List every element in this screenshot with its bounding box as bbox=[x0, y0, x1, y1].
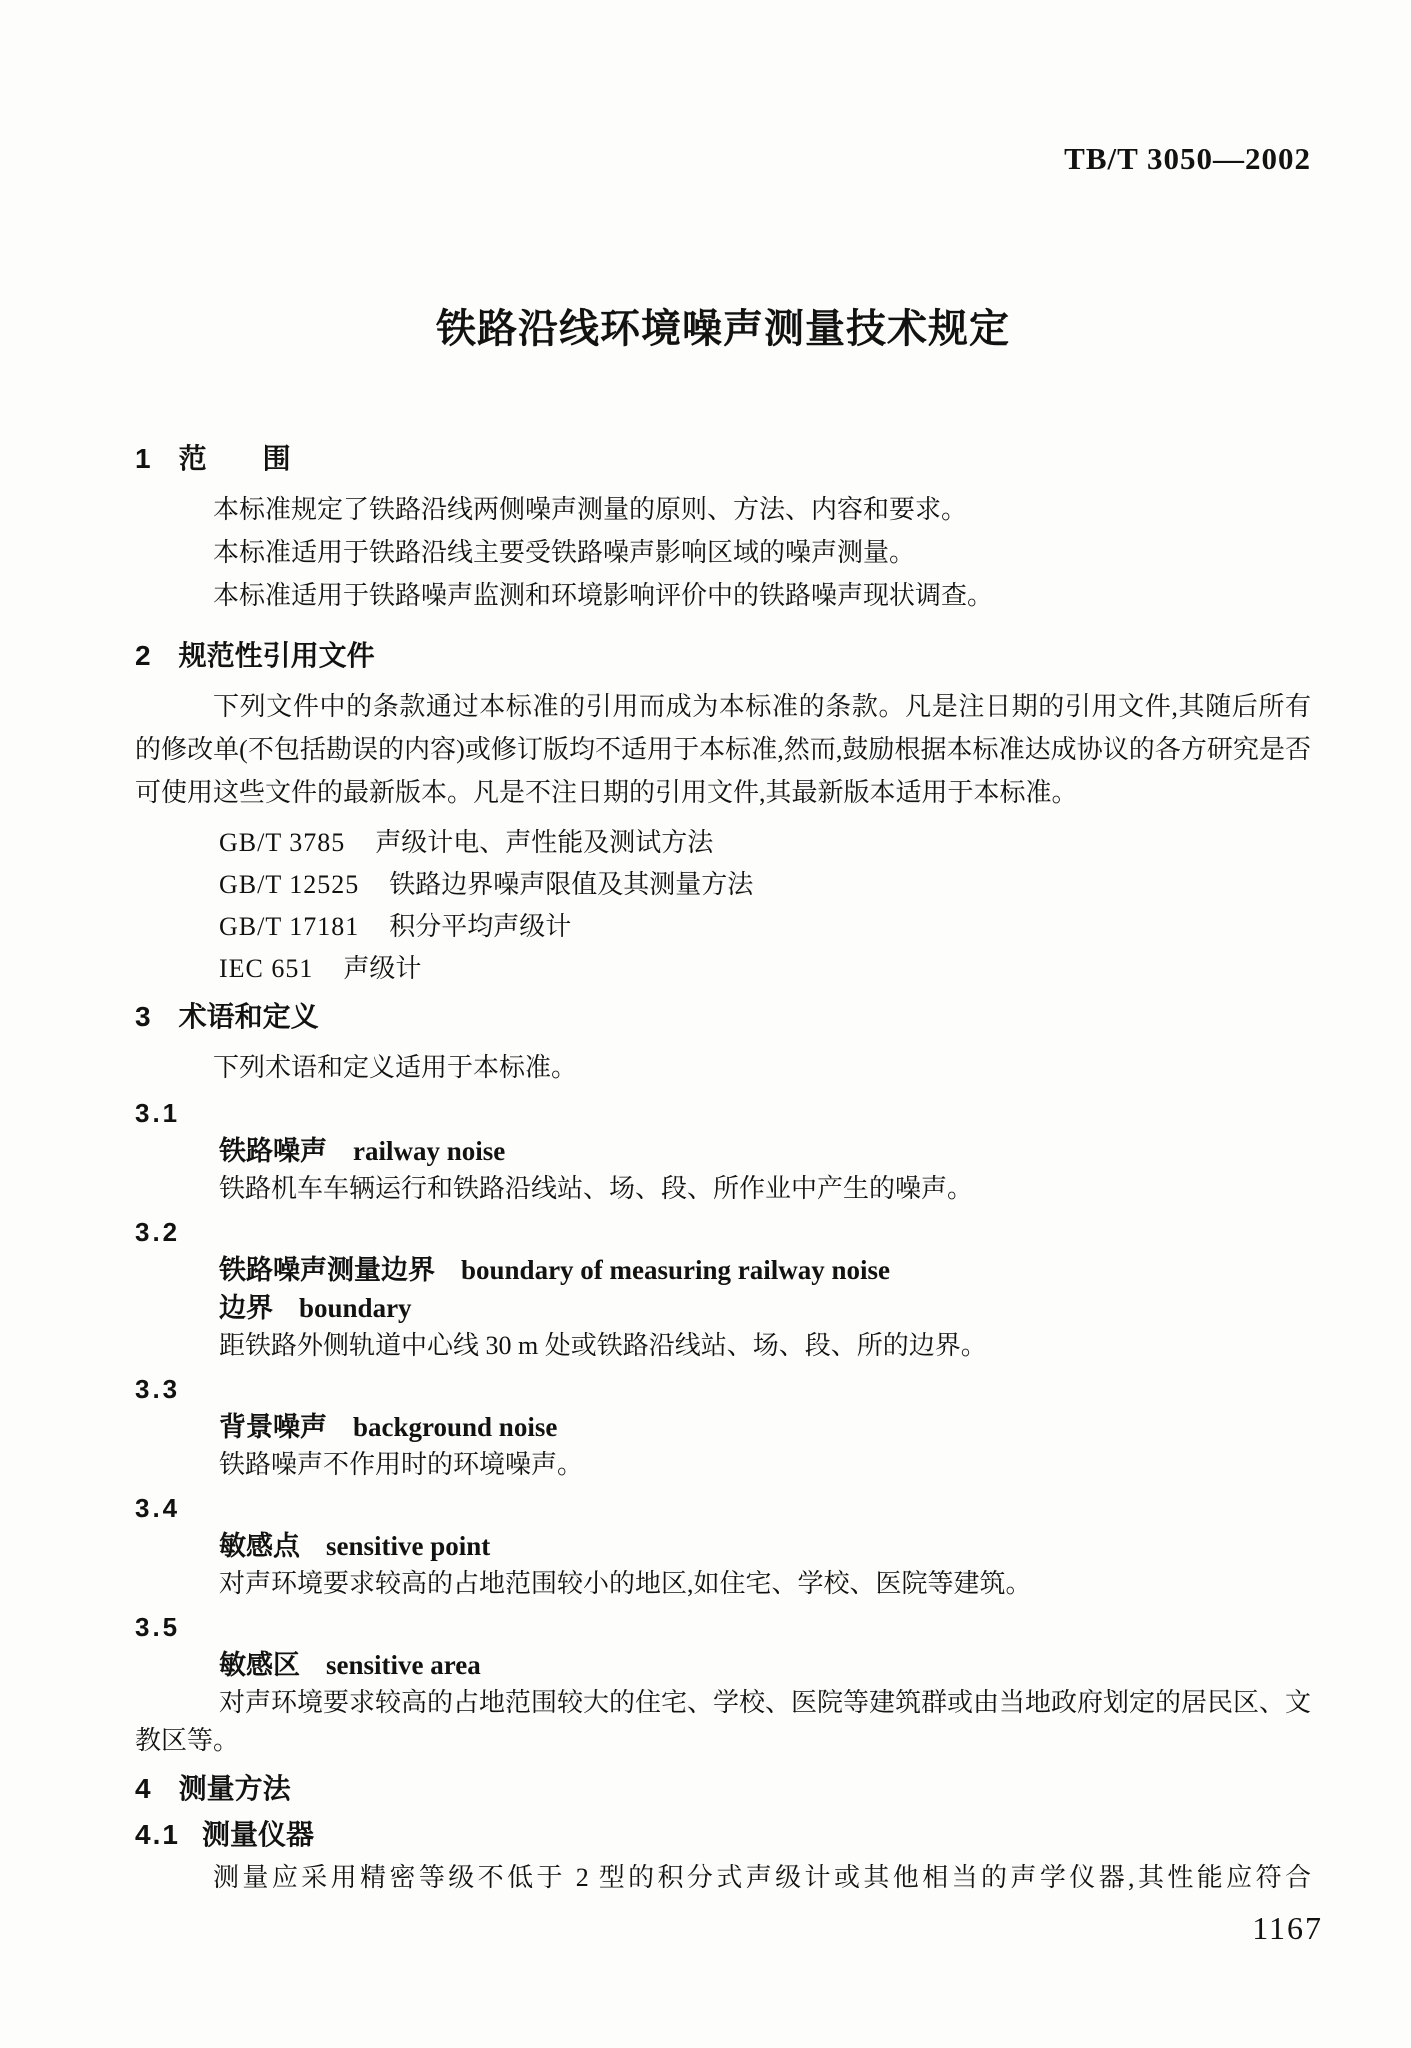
reference-list: GB/T 3785声级计电、声性能及测试方法 GB/T 12525铁路边界噪声限… bbox=[135, 822, 1311, 990]
scope-paragraph: 本标准适用于铁路沿线主要受铁路噪声影响区域的噪声测量。 bbox=[135, 531, 1311, 574]
references-heading-label: 规范性引用文件 bbox=[179, 640, 375, 671]
term-en: background noise bbox=[353, 1412, 557, 1442]
scope-paragraph: 本标准规定了铁路沿线两侧噪声测量的原则、方法、内容和要求。 bbox=[135, 488, 1311, 531]
term-definition: 铁路噪声不作用时的环境噪声。 bbox=[135, 1446, 1311, 1484]
terms-heading-label: 术语和定义 bbox=[179, 1001, 319, 1032]
term-number: 3.4 bbox=[135, 1489, 1311, 1527]
reference-code: GB/T 17181 bbox=[219, 912, 359, 941]
term-number: 3.2 bbox=[135, 1213, 1311, 1251]
term-definition: 铁路机车车辆运行和铁路沿线站、场、段、所作业中产生的噪声。 bbox=[135, 1170, 1311, 1208]
term-definition: 对声环境要求较高的占地范围较小的地区,如住宅、学校、医院等建筑。 bbox=[135, 1565, 1311, 1603]
method-heading-label: 测量方法 bbox=[179, 1773, 291, 1804]
term-block-3-4: 3.4 敏感点sensitive point 对声环境要求较高的占地范围较小的地… bbox=[135, 1489, 1311, 1603]
term-block-3-2: 3.2 铁路噪声测量边界boundary of measuring railwa… bbox=[135, 1213, 1311, 1365]
section-normative-references: 2规范性引用文件 下列文件中的条款通过本标准的引用而成为本标准的条款。凡是注日期… bbox=[135, 639, 1311, 990]
section-scope: 1范 围 本标准规定了铁路沿线两侧噪声测量的原则、方法、内容和要求。 本标准适用… bbox=[135, 442, 1311, 617]
method-paragraph: 测量应采用精密等级不低于 2 型的积分式声级计或其他相当的声学仪器,其性能应符合 bbox=[135, 1856, 1311, 1899]
term-block-3-3: 3.3 背景噪声background noise 铁路噪声不作用时的环境噪声。 bbox=[135, 1370, 1311, 1484]
term-zh: 铁路噪声 bbox=[219, 1136, 327, 1166]
term-en: sensitive point bbox=[326, 1531, 490, 1561]
document-title: 铁路沿线环境噪声测量技术规定 bbox=[135, 306, 1311, 352]
term-definition: 对声环境要求较高的占地范围较大的住宅、学校、医院等建筑群或由当地政府划定的居民区… bbox=[135, 1684, 1311, 1760]
term-zh: 敏感点 bbox=[219, 1531, 300, 1561]
term-line: 边界boundary bbox=[135, 1289, 1311, 1327]
term-en: boundary bbox=[299, 1293, 412, 1323]
term-zh: 边界 bbox=[219, 1293, 273, 1323]
scope-paragraphs: 本标准规定了铁路沿线两侧噪声测量的原则、方法、内容和要求。 本标准适用于铁路沿线… bbox=[135, 488, 1311, 617]
page-content: TB/T 3050—2002 铁路沿线环境噪声测量技术规定 1范 围 本标准规定… bbox=[135, 0, 1311, 1899]
term-line: 铁路噪声railway noise bbox=[135, 1132, 1311, 1170]
method-section-number: 4 bbox=[135, 1773, 153, 1804]
reference-item: GB/T 12525铁路边界噪声限值及其测量方法 bbox=[135, 864, 1311, 906]
term-block-3-1: 3.1 铁路噪声railway noise 铁路机车车辆运行和铁路沿线站、场、段… bbox=[135, 1094, 1311, 1208]
method-heading: 4测量方法 bbox=[135, 1772, 1311, 1806]
reference-code: GB/T 3785 bbox=[219, 828, 345, 857]
term-line: 铁路噪声测量边界boundary of measuring railway no… bbox=[135, 1251, 1311, 1289]
document-page: TB/T 3050—2002 铁路沿线环境噪声测量技术规定 1范 围 本标准规定… bbox=[0, 0, 1411, 2048]
reference-title: 声级计电、声性能及测试方法 bbox=[375, 828, 713, 857]
terms-section-number: 3 bbox=[135, 1001, 153, 1032]
term-en: boundary of measuring railway noise bbox=[461, 1255, 890, 1285]
term-number: 3.5 bbox=[135, 1608, 1311, 1646]
term-definition: 距铁路外侧轨道中心线 30 m 处或铁路沿线站、场、段、所的边界。 bbox=[135, 1327, 1311, 1365]
scope-section-number: 1 bbox=[135, 443, 153, 474]
scope-heading: 1范 围 bbox=[135, 442, 1311, 476]
reference-code: IEC 651 bbox=[219, 954, 313, 983]
reference-title: 铁路边界噪声限值及其测量方法 bbox=[389, 870, 753, 899]
section-terms-definitions: 3术语和定义 下列术语和定义适用于本标准。 3.1 铁路噪声railway no… bbox=[135, 1000, 1311, 1760]
page-number: 1167 bbox=[1252, 1908, 1323, 1948]
method-subsection-number: 4.1 bbox=[135, 1819, 180, 1850]
reference-item: IEC 651声级计 bbox=[135, 948, 1311, 990]
term-number: 3.3 bbox=[135, 1370, 1311, 1408]
reference-item: GB/T 3785声级计电、声性能及测试方法 bbox=[135, 822, 1311, 864]
section-measurement-method: 4测量方法 4.1测量仪器 测量应采用精密等级不低于 2 型的积分式声级计或其他… bbox=[135, 1772, 1311, 1899]
scope-heading-label: 范 围 bbox=[179, 443, 291, 474]
terms-heading: 3术语和定义 bbox=[135, 1000, 1311, 1034]
references-heading: 2规范性引用文件 bbox=[135, 639, 1311, 673]
term-line: 敏感点sensitive point bbox=[135, 1527, 1311, 1565]
term-block-3-5: 3.5 敏感区sensitive area 对声环境要求较高的占地范围较大的住宅… bbox=[135, 1608, 1311, 1760]
reference-title: 积分平均声级计 bbox=[389, 912, 571, 941]
reference-code: GB/T 12525 bbox=[219, 870, 359, 899]
terms-intro: 下列术语和定义适用于本标准。 bbox=[135, 1046, 1311, 1089]
term-number: 3.1 bbox=[135, 1094, 1311, 1132]
method-subsection-heading: 4.1测量仪器 bbox=[135, 1818, 1311, 1852]
term-line: 敏感区sensitive area bbox=[135, 1646, 1311, 1684]
term-zh: 敏感区 bbox=[219, 1650, 300, 1680]
term-line: 背景噪声background noise bbox=[135, 1408, 1311, 1446]
reference-item: GB/T 17181积分平均声级计 bbox=[135, 906, 1311, 948]
standard-number: TB/T 3050—2002 bbox=[135, 142, 1311, 176]
references-section-number: 2 bbox=[135, 640, 153, 671]
scope-paragraph: 本标准适用于铁路噪声监测和环境影响评价中的铁路噪声现状调查。 bbox=[135, 574, 1311, 617]
term-zh: 背景噪声 bbox=[219, 1412, 327, 1442]
term-en: railway noise bbox=[353, 1136, 505, 1166]
term-en: sensitive area bbox=[326, 1650, 481, 1680]
method-subsection-label: 测量仪器 bbox=[202, 1819, 314, 1850]
term-zh: 铁路噪声测量边界 bbox=[219, 1255, 435, 1285]
reference-title: 声级计 bbox=[343, 954, 421, 983]
references-paragraph: 下列文件中的条款通过本标准的引用而成为本标准的条款。凡是注日期的引用文件,其随后… bbox=[135, 685, 1311, 814]
